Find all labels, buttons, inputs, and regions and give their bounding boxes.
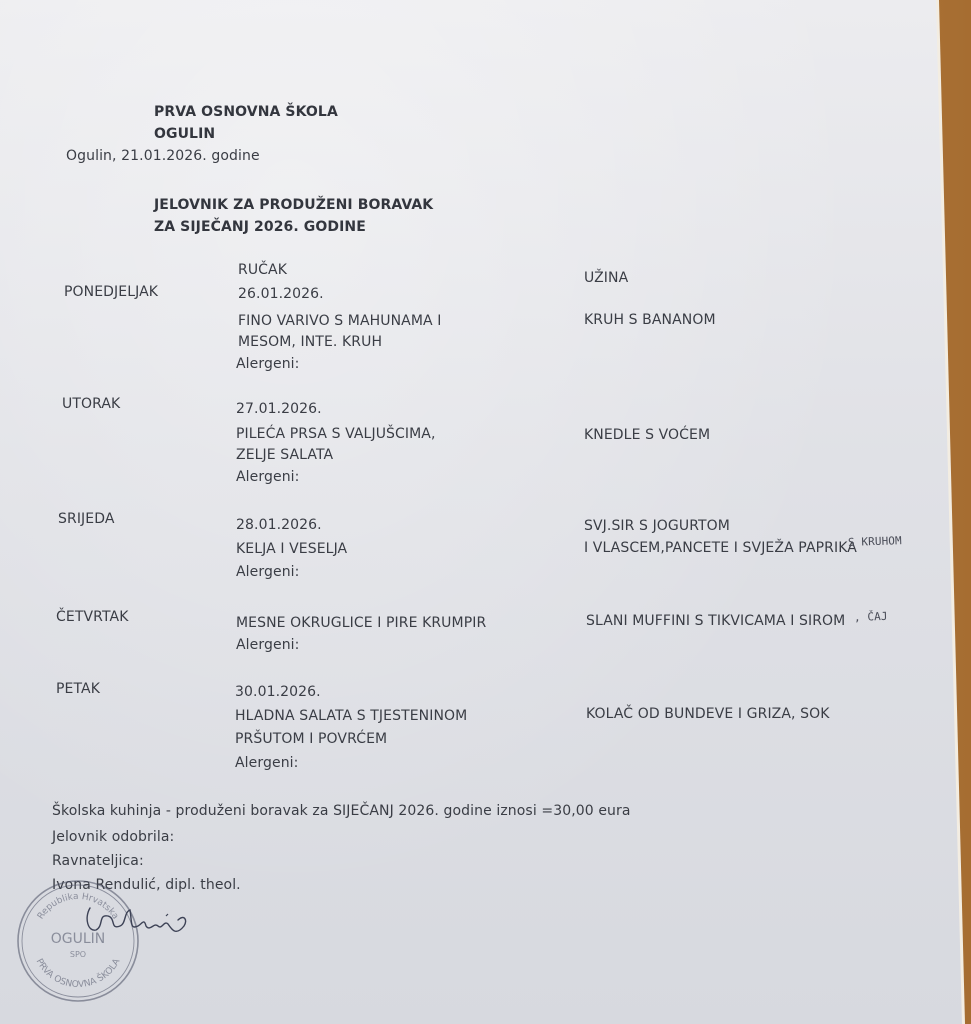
lunch-wednesday-line1: KELJA I VESELJA: [236, 541, 347, 557]
snack-friday: KOLAČ OD BUNDEVE I GRIZA, SOK: [586, 706, 830, 722]
role-label: Ravnateljica:: [52, 853, 144, 869]
allergens-wednesday: Alergeni:: [236, 564, 299, 580]
lunch-monday-line2: MESOM, INTE. KRUH: [238, 334, 382, 350]
allergens-friday: Alergeni:: [235, 755, 298, 771]
day-label-monday: PONEDJELJAK: [64, 284, 158, 300]
snack-monday: KRUH S BANANOM: [584, 312, 716, 328]
school-name: PRVA OSNOVNA ŠKOLA: [154, 104, 338, 120]
snack-wednesday-line2: I VLASCEM,PANCETE I SVJEŽA PAPRIKA: [584, 540, 857, 556]
lunch-monday-line1: FINO VARIVO S MAHUNAMA I: [238, 313, 442, 329]
approved-by-label: Jelovnik odobrila:: [52, 829, 174, 845]
price-note: Školska kuhinja - produženi boravak za S…: [52, 803, 631, 819]
date-wednesday: 28.01.2026.: [236, 517, 322, 533]
column-header-lunch: RUČAK: [238, 262, 287, 278]
date-monday: 26.01.2026.: [238, 286, 324, 302]
allergens-tuesday: Alergeni:: [236, 469, 299, 485]
document-title-line2: ZA SIJEČANJ 2026. GODINE: [154, 219, 366, 235]
lunch-tuesday-line1: PILEĆA PRSA S VALJUŠCIMA,: [236, 426, 436, 442]
day-label-wednesday: SRIJEDA: [58, 511, 115, 527]
snack-tuesday: KNEDLE S VOĆEM: [584, 427, 710, 443]
handwritten-note-thursday: , ČAJ: [854, 610, 888, 624]
allergens-thursday: Alergeni:: [236, 637, 299, 653]
snack-wednesday-line1: SVJ.SIR S JOGURTOM: [584, 518, 730, 534]
svg-text:PRVA OSNOVNA ŠKOLA: PRVA OSNOVNA ŠKOLA: [34, 956, 123, 990]
date-tuesday: 27.01.2026.: [236, 401, 322, 417]
lunch-thursday-line1: MESNE OKRUGLICE I PIRE KRUMPIR: [236, 615, 486, 631]
place-and-date: Ogulin, 21.01.2026. godine: [66, 148, 260, 164]
handwritten-note-wednesday: S KRUHOM: [848, 534, 902, 549]
column-header-snack: UŽINA: [584, 270, 628, 286]
day-label-tuesday: UTORAK: [62, 396, 120, 412]
day-label-thursday: ČETVRTAK: [56, 609, 128, 625]
lunch-friday-line1: HLADNA SALATA S TJESTENINOM: [235, 708, 467, 724]
allergens-monday: Alergeni:: [236, 356, 299, 372]
day-label-friday: PETAK: [56, 681, 100, 697]
lunch-friday-line2: PRŠUTOM I POVRĆEM: [235, 731, 387, 747]
handwritten-signature: [80, 896, 200, 946]
school-city: OGULIN: [154, 126, 215, 142]
stamp-bottom-arc: PRVA OSNOVNA ŠKOLA: [34, 956, 123, 990]
document-title-line1: JELOVNIK ZA PRODUŽENI BORAVAK: [154, 197, 433, 213]
date-friday: 30.01.2026.: [235, 684, 321, 700]
stamp-sub-text: SPO: [70, 950, 86, 959]
snack-thursday: SLANI MUFFINI S TIKVICAMA I SIROM: [586, 613, 845, 629]
lunch-tuesday-line2: ZELJE SALATA: [236, 447, 333, 463]
